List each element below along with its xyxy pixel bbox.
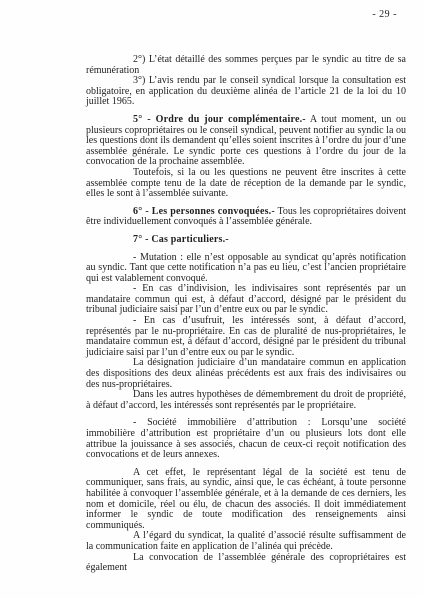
paragraph-cas-particuliers: 7° - Cas particuliers.- — [86, 235, 406, 246]
paragraph-convocation-finale: La convocation de l’assemblée générale d… — [86, 553, 406, 574]
paragraph-item-2: 2°) L’état détaillé des sommes perçues p… — [86, 55, 406, 76]
paragraph-mutation: - Mutation : elle n’est opposable au syn… — [86, 253, 406, 285]
paragraph-societe-immobiliere: - Société immobilière d’attribution : Lo… — [86, 418, 406, 460]
paragraph-personnes-convoquees: 6° - Les personnes convoquées.- Tous les… — [86, 207, 406, 228]
paragraph-indivision: - En cas d’indivision, les indivisaires … — [86, 284, 406, 316]
paragraph-designation-judiciaire: La désignation judiciaire d’un mandatair… — [86, 358, 406, 390]
paragraph-autres-hypotheses: Dans les autres hypothèses de démembreme… — [86, 390, 406, 411]
document-page: - 29 - 2°) L’état détaillé des sommes pe… — [0, 0, 423, 598]
paragraph-ordre-du-jour: 5° - Ordre du jour complémentaire.- A to… — [86, 115, 406, 168]
paragraph-representant-legal: A cet effet, le représentant légal de la… — [86, 468, 406, 532]
heading-cas-particuliers: 7° - Cas particuliers.- — [133, 234, 229, 245]
paragraph-egard-syndicat: A l’égard du syndicat, la qualité d’asso… — [86, 531, 406, 552]
paragraph-usufruit: - En cas d’usufruit, les intéressés sont… — [86, 316, 406, 358]
heading-personnes-convoquees: 6° - Les personnes convoquées.- — [133, 206, 275, 217]
heading-ordre-du-jour: 5° - Ordre du jour complémentaire.- — [133, 114, 306, 125]
paragraph-item-3: 3°) L’avis rendu par le conseil syndical… — [86, 76, 406, 108]
document-body: 2°) L’état détaillé des sommes perçues p… — [86, 55, 406, 574]
paragraph-toutefois: Toutefois, si la ou les questions ne peu… — [86, 168, 406, 200]
page-number: - 29 - — [372, 9, 397, 20]
